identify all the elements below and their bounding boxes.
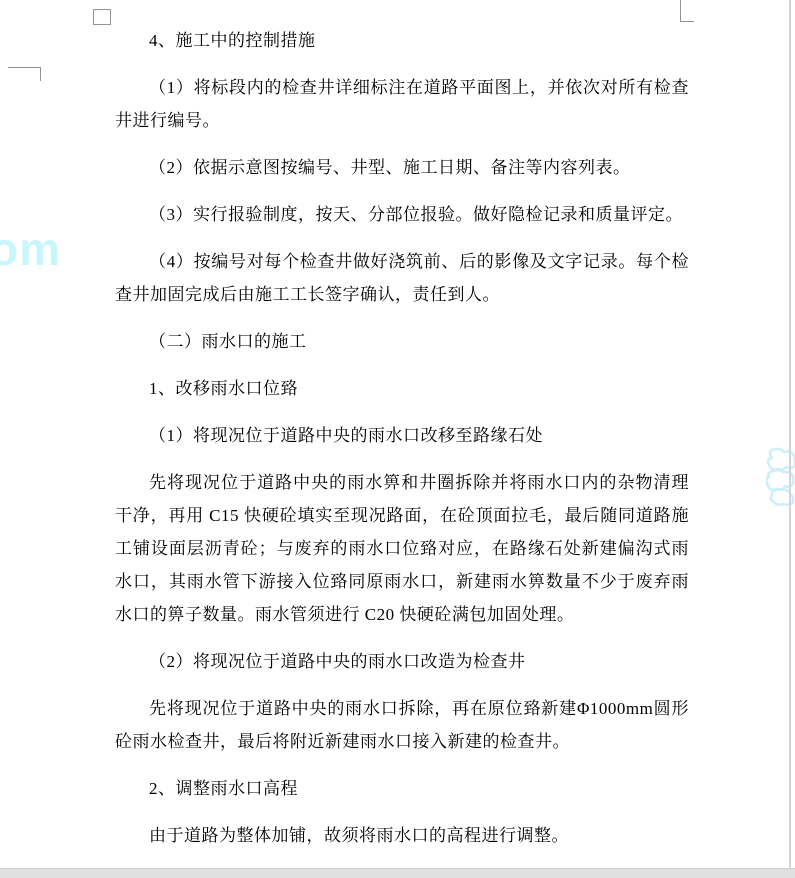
paragraph-item-2: （2）依据示意图按编号、井型、施工日期、备注等内容列表。 [115, 151, 689, 184]
margin-corner-mark-left [8, 67, 41, 81]
heading-adjust-elevation: 2、调整雨水口高程 [115, 772, 689, 805]
heading-control-measures: 4、施工中的控制措施 [115, 24, 689, 57]
subheading-convert-to-manhole: （2）将现况位于道路中央的雨水口改造为检查井 [115, 645, 689, 678]
paragraph-item-1: （1）将标段内的检查井详细标注在道路平面图上，并依次对所有检查井进行编号。 [115, 71, 689, 137]
page-right-edge-line [789, 0, 791, 869]
paragraph-item-4: （4）按编号对每个检查井做好浇筑前、后的影像及文字记录。每个检查井加固完成后由施… [115, 245, 689, 311]
margin-mark-box [93, 9, 111, 25]
watermark-text-left: om [0, 222, 61, 276]
paragraph-convert-procedure: 先将现况位于道路中央的雨水口拆除，再在原位臵新建Φ1000mm圆形砼雨水检查井，… [115, 692, 689, 758]
paragraph-relocate-procedure: 先将现况位于道路中央的雨水箅和井圈拆除并将雨水口内的杂物清理干净，再用 C15 … [115, 466, 689, 631]
heading-rainwater-inlet: （二）雨水口的施工 [115, 325, 689, 358]
margin-corner-mark-top-right [680, 0, 694, 22]
paragraph-item-3: （3）实行报验制度，按天、分部位报验。做好隐检记录和质量评定。 [115, 198, 689, 231]
subheading-relocate-to-curb: （1）将现况位于道路中央的雨水口改移至路缘石处 [115, 419, 689, 452]
paragraph-adjust-elevation: 由于道路为整体加铺，故须将雨水口的高程进行调整。 [115, 819, 689, 852]
document-body: 4、施工中的控制措施 （1）将标段内的检查井详细标注在道路平面图上，并依次对所有… [115, 24, 689, 866]
bottom-scroll-strip[interactable] [0, 868, 795, 878]
word-document-page: om 4、施工中的控制措施 （1）将标段内的检查井详细标注在道路平面图上，并依次… [0, 0, 795, 878]
heading-relocate-inlet: 1、改移雨水口位臵 [115, 372, 689, 405]
